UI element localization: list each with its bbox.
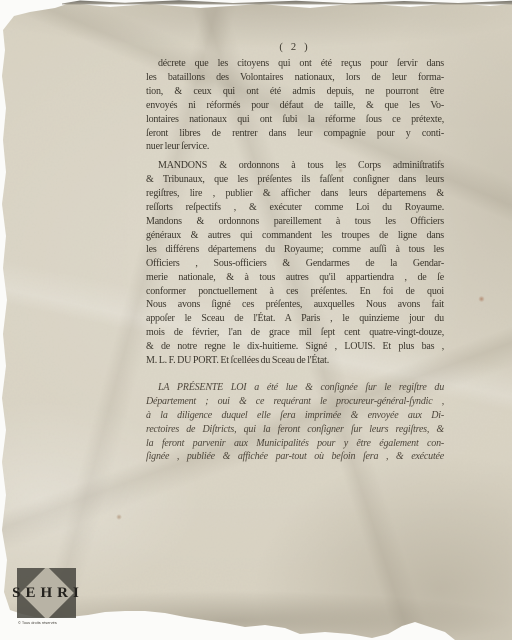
text-line: MANDONS & ordonnons à tous les Corps adm… (146, 159, 444, 173)
watermark-caption: © Tous droits réservés (18, 621, 73, 626)
text-line: envoyés ni réformés pour défaut de taill… (146, 99, 444, 113)
text-line: nuer leur ſervice. (146, 140, 444, 154)
text-line: appoſer le Sceau de l'État. A Paris , le… (146, 312, 444, 326)
text-line: décrete que les citoyens qui ont été reç… (146, 57, 444, 71)
text-line: rectoires de Diſtricts, qui la feront co… (146, 423, 444, 437)
paragraph-mandons: MANDONS & ordonnons à tous les Corps adm… (146, 159, 444, 368)
sehri-watermark: SEHRI © Tous droits réservés (14, 568, 88, 627)
text-line: Mandons & ordonnons pareillement à tous … (146, 215, 444, 229)
text-line: merie nationale, & à tous autres qu'il a… (146, 271, 444, 285)
text-line: ſignée , publiée & affichée par-tout où … (146, 450, 444, 464)
text-line: tion, & ceux qui ont été admis depuis, n… (146, 85, 444, 99)
text-line: Département ; oui & ce requérant le proc… (146, 395, 444, 409)
text-line: M. L. F. DU PORT. Et ſcellées du Sceau d… (146, 354, 444, 368)
text-line: conformer ponctuellement à ces préſentes… (146, 285, 444, 299)
watermark-logo-text: SEHRI (8, 585, 88, 602)
text-line: reſſorts reſpectifs , & exécuter comme L… (146, 201, 444, 215)
torn-top-edge (62, 0, 512, 5)
text-line: ſeront libres de rentrer dans leur compa… (146, 127, 444, 141)
paragraph-decree: décrete que les citoyens qui ont été reç… (146, 57, 444, 154)
text-line: les différens départemens du Royaume; co… (146, 243, 444, 257)
text-line: à la diligence duquel elle ſera imprimée… (146, 409, 444, 423)
text-line: les bataillons des Volontaires nationaux… (146, 71, 444, 85)
scanned-document: ( 2 ) décrete que les citoyens qui ont é… (0, 0, 512, 640)
text-line: Nous avons ſigné ces préſentes, auxquell… (146, 298, 444, 312)
text-line: LA PRÉSENTE LOI a été lue & conſignée ſu… (146, 381, 444, 395)
text-line: mois de février, l'an de grace mil ſept … (146, 326, 444, 340)
printed-text-block: ( 2 ) décrete que les citoyens qui ont é… (146, 41, 444, 464)
text-line: généraux & autres qui commandent les tro… (146, 229, 444, 243)
text-line: & Tribunaux, que les préſentes ils faſſe… (146, 173, 444, 187)
paragraph-presente-loi: LA PRÉSENTE LOI a été lue & conſignée ſu… (146, 381, 444, 464)
page-number: ( 2 ) (146, 41, 444, 55)
text-line: & de notre regne le dix-huitieme. Signé … (146, 340, 444, 354)
text-line: Officiers , Sous-officiers & Gendarmes d… (146, 257, 444, 271)
text-line: lontaires nationaux qui ont ſubi la réfo… (146, 113, 444, 127)
text-line: la feront parvenir aux Municipalités pou… (146, 437, 444, 451)
text-line: regiſtres, lire , publier & afficher dan… (146, 187, 444, 201)
